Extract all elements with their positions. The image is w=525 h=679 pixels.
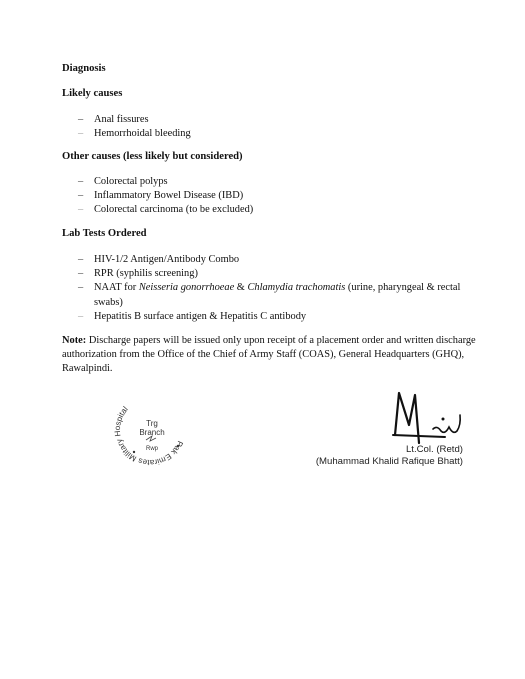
lab-tests-list: –HIV-1/2 Antigen/Antibody Combo –RPR (sy… bbox=[78, 253, 478, 324]
dash-bullet-icon: – bbox=[78, 310, 83, 324]
dash-bullet-icon: – bbox=[78, 127, 83, 141]
list-item: –HIV-1/2 Antigen/Antibody Combo bbox=[78, 253, 478, 267]
list-item: –Colorectal polyps bbox=[78, 175, 253, 189]
signatory-name: (Muhammad Khalid Rafique Bhatt) bbox=[316, 456, 463, 468]
signatory-block: Lt.Col. (Retd) (Muhammad Khalid Rafique … bbox=[316, 444, 463, 467]
dash-bullet-icon: – bbox=[78, 203, 83, 217]
dash-bullet-icon: – bbox=[78, 175, 83, 189]
discharge-note: Note: Discharge papers will be issued on… bbox=[62, 334, 482, 377]
heading-likely-causes: Likely causes bbox=[62, 88, 122, 99]
list-item: –Inflammatory Bowel Disease (IBD) bbox=[78, 189, 253, 203]
dash-bullet-icon: – bbox=[78, 281, 83, 295]
svg-text:Rwp: Rwp bbox=[146, 446, 159, 452]
dash-bullet-icon: – bbox=[78, 189, 83, 203]
heading-lab-tests: Lab Tests Ordered bbox=[62, 228, 147, 239]
list-item: –Colorectal carcinoma (to be excluded) bbox=[78, 203, 253, 217]
list-item: –Hepatitis B surface antigen & Hepatitis… bbox=[78, 310, 478, 324]
list-item: –Hemorrhoidal bleeding bbox=[78, 127, 191, 141]
heading-diagnosis: Diagnosis bbox=[62, 63, 106, 74]
other-causes-list: –Colorectal polyps –Inflammatory Bowel D… bbox=[78, 175, 253, 218]
signature-icon bbox=[385, 385, 485, 445]
dash-bullet-icon: – bbox=[78, 267, 83, 281]
dash-bullet-icon: – bbox=[78, 253, 83, 267]
list-item: –NAAT for Neisseria gonorrhoeae & Chlamy… bbox=[78, 281, 478, 309]
document-page: Diagnosis Likely causes –Anal fissures –… bbox=[0, 0, 525, 679]
list-item: –Anal fissures bbox=[78, 113, 191, 127]
signatory-rank: Lt.Col. (Retd) bbox=[316, 444, 463, 456]
svg-text:Trg: Trg bbox=[146, 419, 158, 428]
hospital-stamp-icon: Pak Emirates Military Hospital Trg Branc… bbox=[108, 388, 192, 472]
likely-causes-list: –Anal fissures –Hemorrhoidal bleeding bbox=[78, 113, 191, 141]
dash-bullet-icon: – bbox=[78, 113, 83, 127]
list-item: –RPR (syphilis screening) bbox=[78, 267, 478, 281]
heading-other-causes: Other causes (less likely but considered… bbox=[62, 151, 243, 162]
